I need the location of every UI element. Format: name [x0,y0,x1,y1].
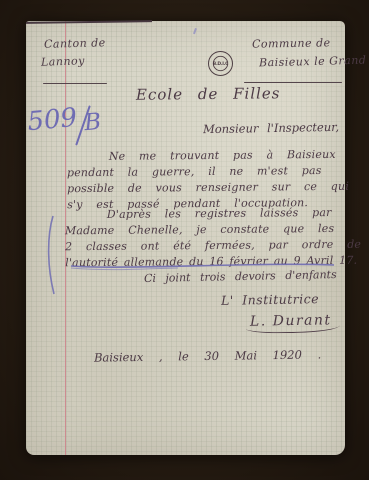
title-underline [26,20,152,23]
dateline: Baisieux , le 30 Mai 1920 . [94,347,321,364]
canton-name: Lannoy [41,54,85,69]
paragraph-1: Ne me trouvant pas à Baisieux pendant la… [67,147,350,213]
blue-pencil-speck [193,28,196,34]
bdic-stamp-label: B.D.I.C [213,56,228,71]
commune-label: Commune de [252,36,331,50]
salutation: Monsieur l'Inspecteur, [203,120,339,136]
letter-page: Canton de Lannoy B.D.I.C Commune de Bais… [26,21,345,455]
photo-background: { "document": { "header_left": { "line1"… [0,0,369,480]
commune-name: Baisieux le Grand [259,54,367,70]
header-left-rule [43,83,107,84]
archival-number: 509 B [26,101,103,151]
archival-number-value: 509 [26,103,78,137]
page-title: Ecole de Filles [136,84,281,104]
enclosure-note: Ci joint trois devoirs d'enfants [144,268,337,285]
bdic-stamp: B.D.I.C [208,51,233,76]
header-right-rule [244,82,342,83]
signature-name: L. Durant [246,312,340,334]
blue-pencil-margin-mark [44,214,58,296]
canton-label: Canton de [44,36,106,51]
signature-role: L' Institutrice [221,291,319,308]
